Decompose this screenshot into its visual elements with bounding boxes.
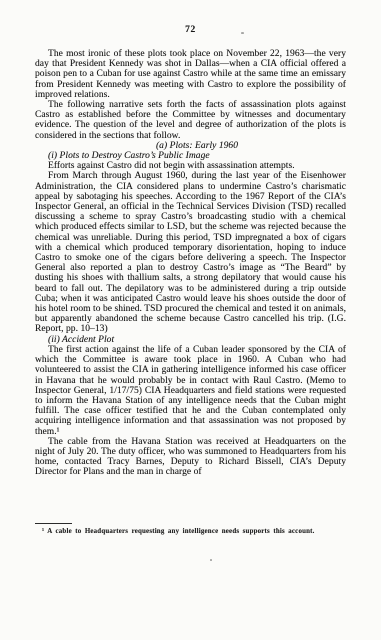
scan-artifact [241,32,244,34]
subsection-heading-i: (i) Plots to Destroy Castro’s Public Ima… [35,151,346,161]
intro-paragraph-2: The following narrative sets forth the f… [35,100,346,141]
section-heading-a: (a) Plots: Early 1960 [35,141,346,151]
subsection-heading-ii: (ii) Accident Plot [35,335,346,345]
footnote-text: ¹ A cable to Headquarters requesting any… [35,528,343,536]
subsection-ii-paragraph-2: The cable from the Havana Station was re… [35,437,346,478]
subsection-i-paragraph-2: From March through August 1960, during t… [35,171,346,334]
footnote-separator-rule [35,523,72,524]
subsection-ii-paragraph-1: The first action against the life of a C… [35,345,346,437]
page-number: 72 [35,25,346,35]
subsection-i-paragraph-1: Efforts against Castro did not begin wit… [35,161,346,171]
scan-artifact [210,559,212,561]
scanned-document-page: 72 The most ironic of these plots took p… [0,0,381,640]
page-body: The most ironic of these plots took plac… [35,49,346,478]
intro-paragraph-1: The most ironic of these plots took plac… [35,49,346,100]
